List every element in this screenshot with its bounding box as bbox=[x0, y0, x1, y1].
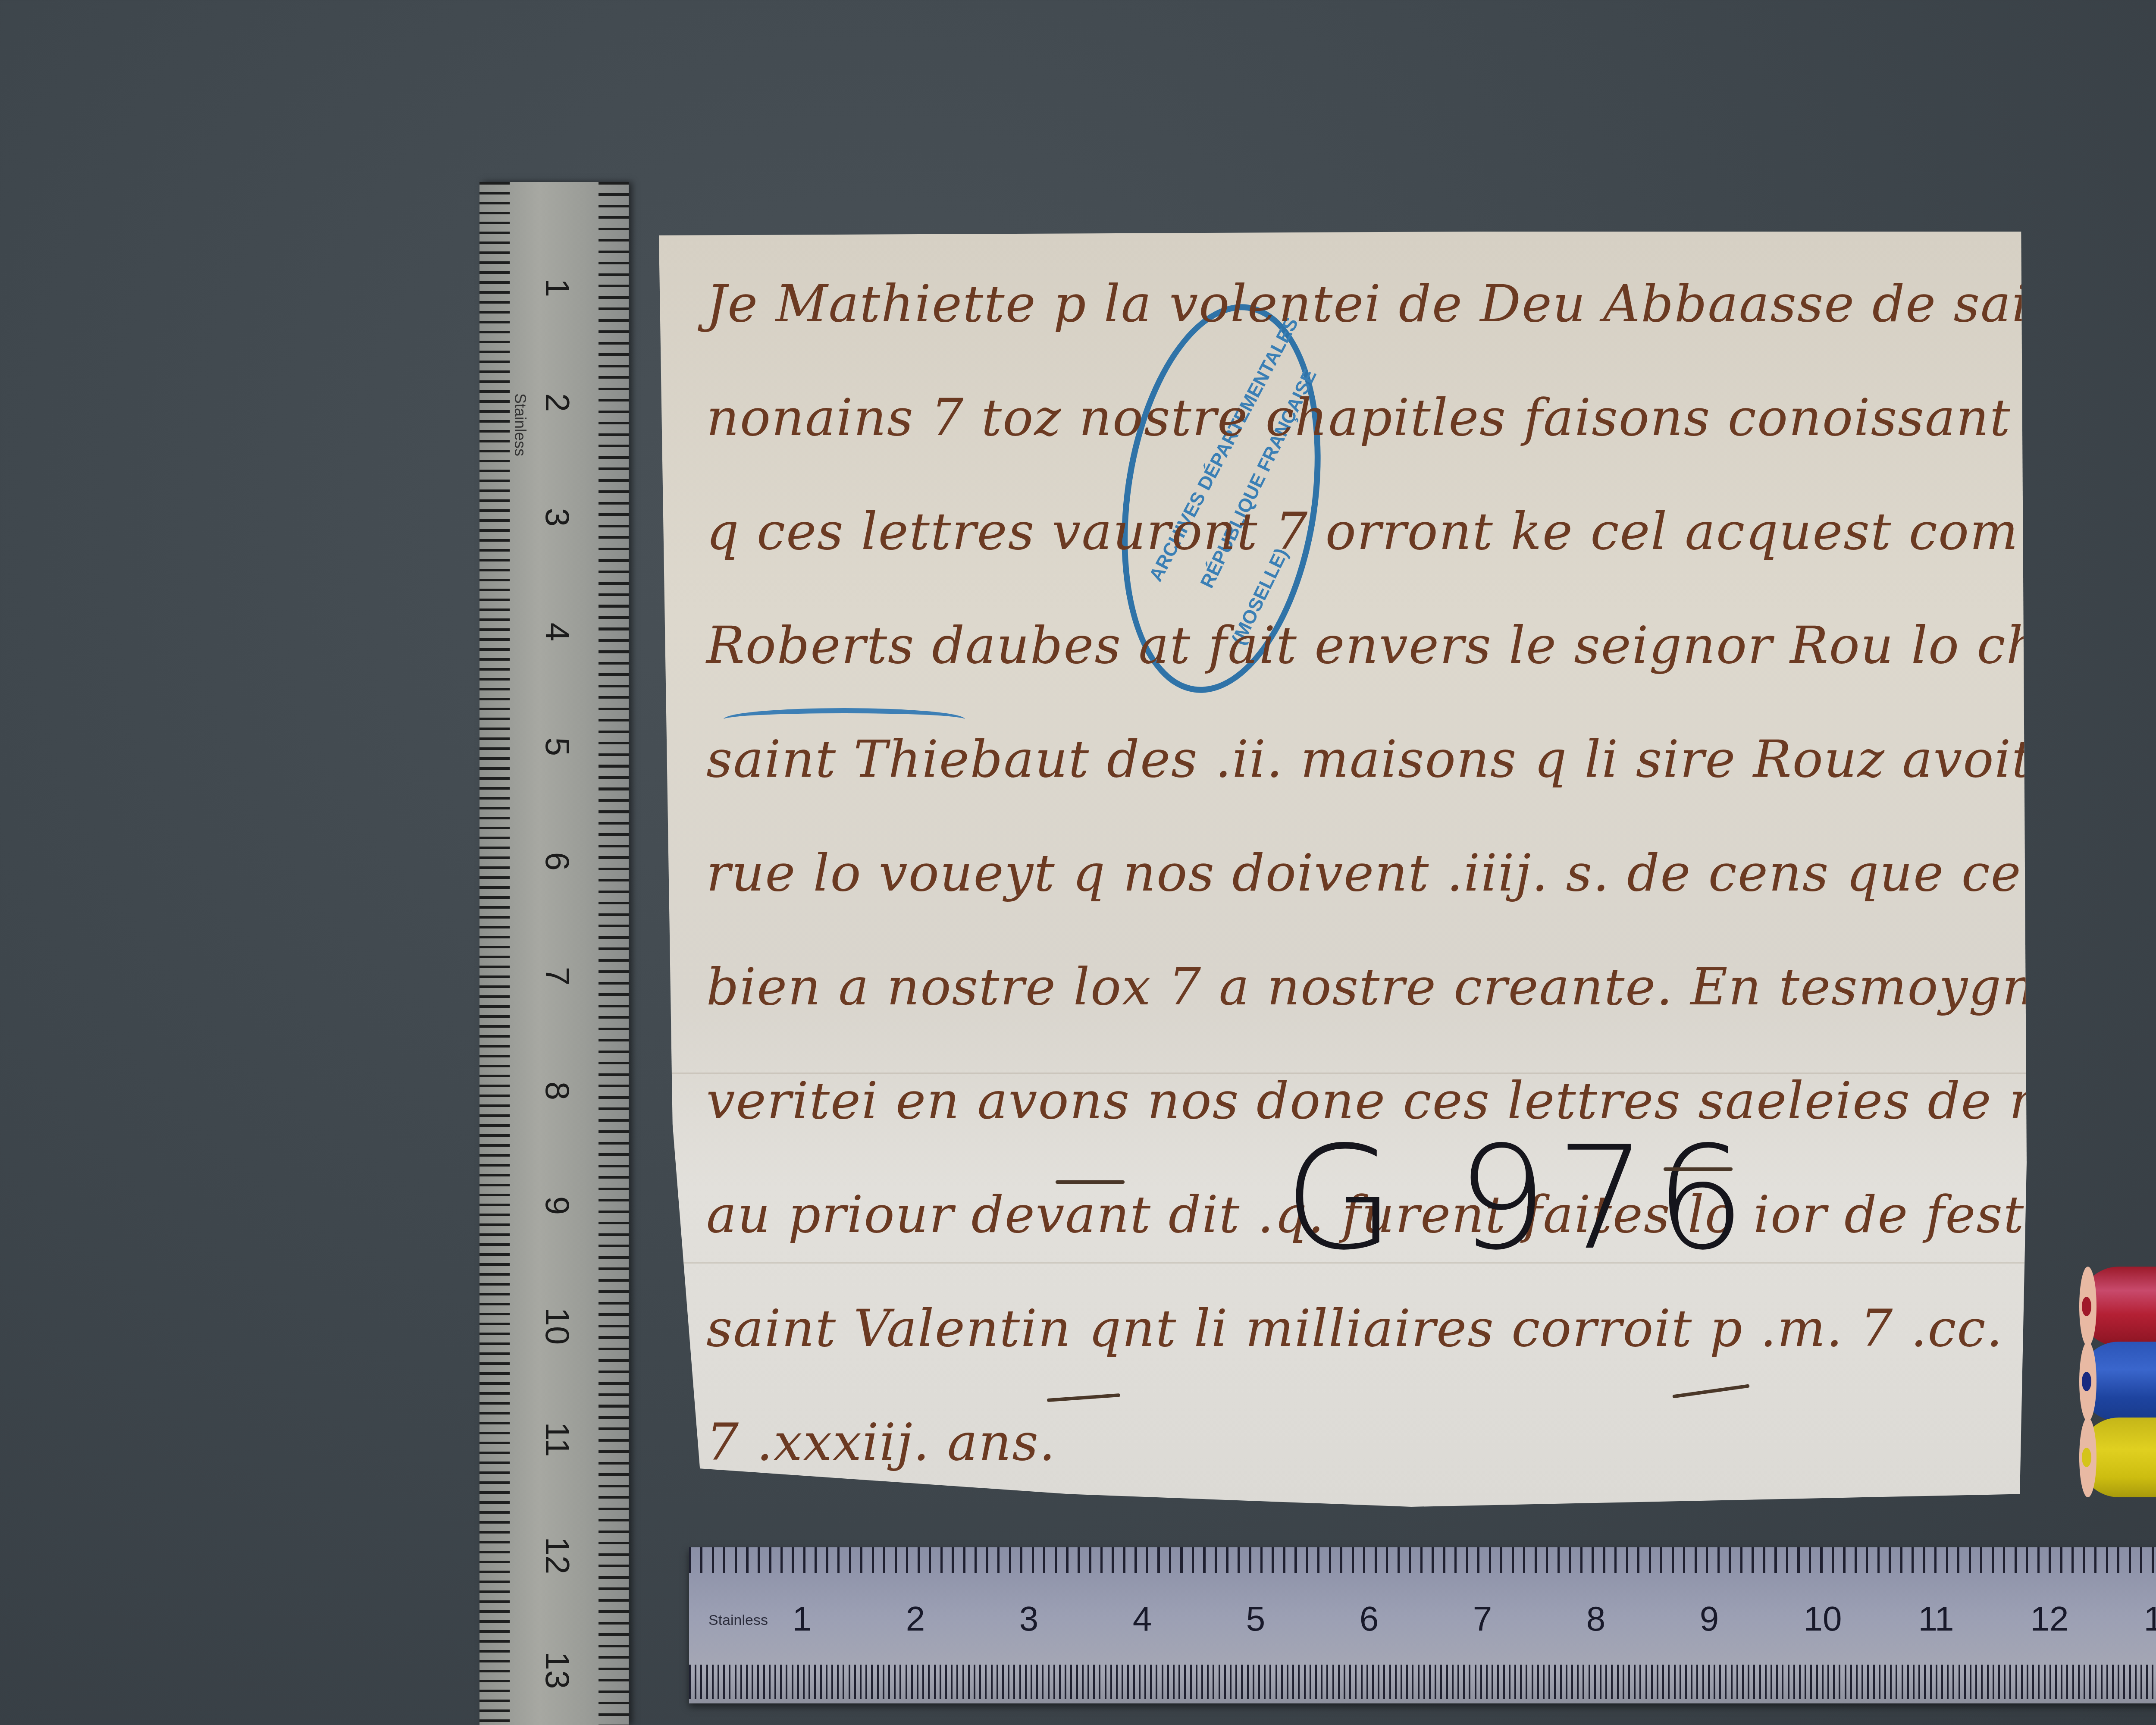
text-line: nonains 7 toz nostre chapitles faisons c… bbox=[706, 361, 1991, 474]
text-line: q ces lettres vauront 7 orront ke cel ac… bbox=[706, 474, 1991, 588]
ruler-label: 2 bbox=[538, 390, 577, 416]
yellow-pencil bbox=[2079, 1418, 2156, 1497]
text-line: saint Valentin qnt li milliaires corroit… bbox=[706, 1271, 1991, 1385]
ruler-label: 2 bbox=[906, 1599, 925, 1639]
ruler-ticks-left bbox=[479, 182, 510, 1725]
ruler-brand-label: Stainless bbox=[708, 1612, 768, 1629]
ruler-label: 11 bbox=[538, 1422, 577, 1448]
ruler-label: 12 bbox=[2031, 1599, 2069, 1639]
text-line: Roberts daubes at fait envers le seignor… bbox=[706, 588, 1991, 702]
ruler-label: 13 bbox=[2144, 1599, 2156, 1639]
ruler-label: 11 bbox=[1918, 1599, 1954, 1639]
text-line: rue lo voueyt q nos doivent .iiij. s. de… bbox=[706, 816, 1991, 930]
ruler-label: 1 bbox=[793, 1599, 812, 1639]
ruler-ticks-bottom bbox=[689, 1665, 2156, 1699]
text-line: 7 .xxxiij. ans. bbox=[706, 1385, 1991, 1499]
text-line: Je Mathiette p la volentei de Deu Abbaas… bbox=[706, 247, 1991, 361]
ruler-label: 6 bbox=[1360, 1599, 1379, 1639]
ruler-ticks-right bbox=[599, 182, 629, 1725]
slit-mark bbox=[1056, 1180, 1125, 1184]
ruler-label: 9 bbox=[538, 1193, 577, 1219]
pencil-end bbox=[2079, 1418, 2096, 1497]
blue-pencil-mark bbox=[724, 708, 965, 731]
ruler-label: 9 bbox=[1700, 1599, 1719, 1639]
ruler-label: 5 bbox=[1246, 1599, 1266, 1639]
red-pencil bbox=[2079, 1267, 2156, 1346]
ruler-label: 6 bbox=[538, 849, 577, 875]
vertical-ruler: Stainless 1 2 3 4 5 6 7 8 9 10 11 12 13 bbox=[479, 182, 629, 1725]
horizontal-ruler: Stainless 1 2 3 4 5 6 7 8 9 10 11 12 13 … bbox=[689, 1547, 2156, 1703]
parchment-charter: ARCHIVES DÉPARTEMENTALES RÉPUBLIQUE FRAN… bbox=[659, 232, 2027, 1507]
ruler-label: 4 bbox=[538, 619, 577, 645]
ruler-label: 4 bbox=[1133, 1599, 1152, 1639]
ruler-label: 13 bbox=[538, 1652, 577, 1678]
ruler-label: 10 bbox=[538, 1308, 577, 1333]
pencil-end bbox=[2079, 1342, 2096, 1421]
slit-mark bbox=[1664, 1167, 1733, 1171]
ruler-label: 8 bbox=[538, 1078, 577, 1104]
ruler-label: 7 bbox=[1473, 1599, 1492, 1639]
ruler-label: 3 bbox=[1019, 1599, 1039, 1639]
ruler-label: 1 bbox=[538, 275, 577, 301]
ruler-label: 3 bbox=[538, 505, 577, 530]
ruler-ticks-top bbox=[689, 1547, 2156, 1573]
blue-pencil bbox=[2079, 1342, 2156, 1421]
ruler-label: 10 bbox=[1804, 1599, 1842, 1639]
ruler-label: 8 bbox=[1586, 1599, 1606, 1639]
shelfmark-label: G 976 bbox=[1284, 1116, 1754, 1281]
ruler-label: 5 bbox=[538, 734, 577, 760]
ruler-label: 7 bbox=[538, 963, 577, 989]
ruler-brand-label: Stainless bbox=[511, 393, 529, 456]
ruler-label: 12 bbox=[538, 1537, 577, 1563]
pencil-end bbox=[2079, 1267, 2096, 1346]
text-line: bien a nostre lox 7 a nostre creante. En… bbox=[706, 930, 1991, 1044]
charter-text: Je Mathiette p la volentei de Deu Abbaas… bbox=[706, 247, 1991, 1499]
